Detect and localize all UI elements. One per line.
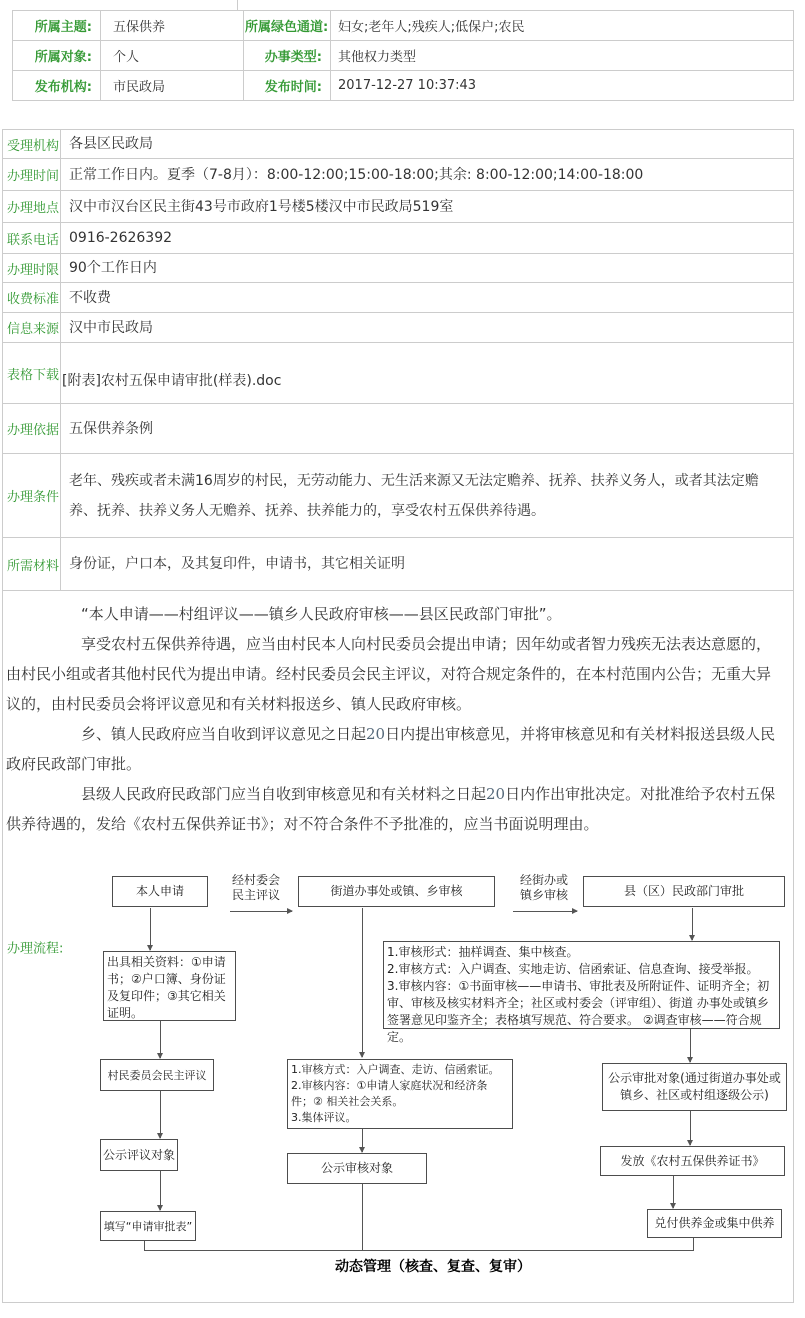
table-row: 办理时限: 90个工作日内	[3, 254, 794, 283]
field-label: 办理依据:	[3, 404, 61, 454]
arrow-down-icon	[362, 908, 363, 1057]
arrow-down-icon	[150, 908, 151, 950]
field-label: 受理机构:	[3, 130, 61, 159]
table-row: 办理依据: 五保供养条例	[3, 404, 794, 454]
arrow-down-icon	[690, 1111, 691, 1145]
table-row: 办理流程: “本人申请——村组评议——镇乡人民政府审核——县区民政部门审批”。 …	[3, 591, 794, 1303]
field-label: 收费标准:	[3, 283, 61, 313]
table-row: 办理时间: 正常工作日内。夏季（7-8月）：8:00-12:00;15:00-1…	[3, 159, 794, 191]
table-row: 表格下载: [附表]农村五保申请审批(样表).doc	[3, 343, 794, 404]
field-value: 2017-12-27 10:37:43	[331, 71, 794, 101]
flow-box-county-approval: 县（区）民政部门审批	[583, 876, 785, 907]
field-label: 办事类型:	[244, 41, 331, 71]
process-paragraph: 县级人民政府民政部门应当自收到审核意见和有关材料之日起20日内作出审批决定。对批…	[6, 779, 783, 839]
field-label: 所需材料:	[3, 538, 61, 591]
field-label: 表格下载:	[3, 343, 61, 404]
connector-line	[693, 1238, 694, 1250]
field-label: 所属主题:	[13, 11, 101, 41]
field-value: 五保供养条例	[61, 404, 794, 454]
flow-box-publicize-review: 公示评议对象	[100, 1139, 178, 1171]
table-row: 信息来源: 汉中市民政局	[3, 313, 794, 343]
field-label: 办理流程:	[7, 937, 63, 956]
arrow-down-icon	[362, 1129, 363, 1152]
arrow-down-icon	[692, 908, 693, 940]
process-paragraph: 享受农村五保供养待遇，应当由村民本人向村民委员会提出申请；因年幼或者智力残疾无法…	[6, 629, 783, 719]
field-value: 90个工作日内	[61, 254, 794, 283]
days-number: 20	[486, 785, 505, 803]
arrow-down-icon	[160, 1021, 161, 1058]
process-paragraph: “本人申请——村组评议——镇乡人民政府审核——县区民政部门审批”。	[6, 599, 783, 629]
process-paragraph: 乡、镇人民政府应当自收到评议意见之日起20日内提出审核意见，并将审核意见和有关材…	[6, 719, 783, 779]
field-value: 老年、残疾或者未满16周岁的村民，无劳动能力、无生活来源又无法定赡养、抚养、扶养…	[61, 454, 794, 538]
field-label: 信息来源:	[3, 313, 61, 343]
field-label: 办理时限:	[3, 254, 61, 283]
flow-arrow-label: 经街办或 镇乡审核	[513, 873, 575, 903]
arrow-down-icon	[160, 1091, 161, 1138]
field-value: 汉中市民政局	[61, 313, 794, 343]
connector-line	[144, 1250, 694, 1251]
table-row: 收费标准: 不收费	[3, 283, 794, 313]
field-value: 正常工作日内。夏季（7-8月）：8:00-12:00;15:00-18:00;其…	[61, 159, 794, 191]
page: 所属主题: 五保供养 所属绿色通道: 妇女;老年人;残疾人;低保户;农民 所属对…	[0, 0, 805, 1318]
flow-box-publicize-audit: 公示审核对象	[287, 1153, 427, 1184]
flow-box-review-methods: 1.审核方式：入户调查、走访、信函索证。 2.审核内容：①申请人家庭状况和经济条…	[287, 1059, 513, 1129]
flow-box-village-review: 村民委员会民主评议	[100, 1059, 214, 1091]
table-row: 受理机构: 各县区民政局	[3, 130, 794, 159]
field-label: 所属绿色通道:	[244, 11, 331, 41]
arrow-down-icon	[160, 1171, 161, 1210]
table-row: 所需材料: 身份证，户口本，及其复印件，申请书，其它相关证明	[3, 538, 794, 591]
flow-box-issue-certificate: 发放《农村五保供养证书》	[600, 1146, 785, 1176]
process-cell: 办理流程: “本人申请——村组评议——镇乡人民政府审核——县区民政部门审批”。 …	[3, 591, 794, 1303]
cutoff-row-divider	[237, 0, 238, 10]
arrow-down-icon	[673, 1176, 674, 1208]
detail-table: 受理机构: 各县区民政局 办理时间: 正常工作日内。夏季（7-8月）：8:00-…	[2, 129, 794, 1303]
arrow-down-icon	[690, 1029, 691, 1062]
field-label: 联系电话:	[3, 223, 61, 254]
field-label: 办理地点:	[3, 191, 61, 223]
arrow-right-icon	[230, 911, 292, 912]
connector-line	[362, 1184, 363, 1250]
field-label: 发布机构:	[13, 71, 101, 101]
table-row: 办理条件: 老年、残疾或者未满16周岁的村民，无劳动能力、无生活来源又无法定赡养…	[3, 454, 794, 538]
table-row: 发布机构: 市民政局 发布时间: 2017-12-27 10:37:43	[13, 71, 794, 101]
field-label: 发布时间:	[244, 71, 331, 101]
flow-box-self-apply: 本人申请	[112, 876, 208, 907]
flow-footer-label: 动态管理（核查、复查、复审）	[273, 1256, 593, 1276]
flow-box-materials: 出具相关资料：①申请书；②户口簿、身份证及复印件；③其它相关证明。	[103, 951, 236, 1021]
field-label: 办理时间:	[3, 159, 61, 191]
process-flowchart: 本人申请 经村委会 民主评议 街道办事处或镇、乡审核 经街办或 镇乡审核 县（区…	[95, 866, 794, 1291]
field-label: 所属对象:	[13, 41, 101, 71]
flow-box-fill-form: 填写“申请审批表”	[100, 1211, 196, 1241]
field-value: 不收费	[61, 283, 794, 313]
table-row: 办理地点: 汉中市汉台区民主街43号市政府1号楼5楼汉中市民政局519室	[3, 191, 794, 223]
field-value: 身份证，户口本，及其复印件，申请书，其它相关证明	[61, 538, 794, 591]
flow-box-pay-support: 兑付供养金或集中供养	[647, 1209, 782, 1238]
flow-box-county-check-detail: 1.审核形式：抽样调查、集中核查。 2.审核方式：入户调查、实地走访、信函索证、…	[383, 941, 780, 1029]
days-number: 20	[366, 725, 385, 743]
field-value: 0916-2626392	[61, 223, 794, 254]
attachment-download-link[interactable]: [附表]农村五保申请审批(样表).doc	[62, 370, 281, 392]
field-value: 个人	[101, 41, 244, 71]
flow-box-publicize-approval: 公示审批对象(通过街道办事处或镇乡、社区或村组逐级公示)	[602, 1063, 787, 1111]
summary-table: 所属主题: 五保供养 所属绿色通道: 妇女;老年人;残疾人;低保户;农民 所属对…	[12, 10, 794, 101]
table-row: 所属对象: 个人 办事类型: 其他权力类型	[13, 41, 794, 71]
flow-box-street-review: 街道办事处或镇、乡审核	[298, 876, 495, 907]
field-value: 妇女;老年人;残疾人;低保户;农民	[331, 11, 794, 41]
process-description: “本人申请——村组评议——镇乡人民政府审核——县区民政部门审批”。 享受农村五保…	[3, 591, 793, 839]
field-label: 办理条件:	[3, 454, 61, 538]
table-row: 所属主题: 五保供养 所属绿色通道: 妇女;老年人;残疾人;低保户;农民	[13, 11, 794, 41]
field-value: 其他权力类型	[331, 41, 794, 71]
table-row: 联系电话: 0916-2626392	[3, 223, 794, 254]
field-value: 汉中市汉台区民主街43号市政府1号楼5楼汉中市民政局519室	[61, 191, 794, 223]
arrow-right-icon	[513, 911, 577, 912]
field-value: 五保供养	[101, 11, 244, 41]
flow-arrow-label: 经村委会 民主评议	[226, 873, 286, 903]
field-value: 市民政局	[101, 71, 244, 101]
field-value: 各县区民政局	[61, 130, 794, 159]
